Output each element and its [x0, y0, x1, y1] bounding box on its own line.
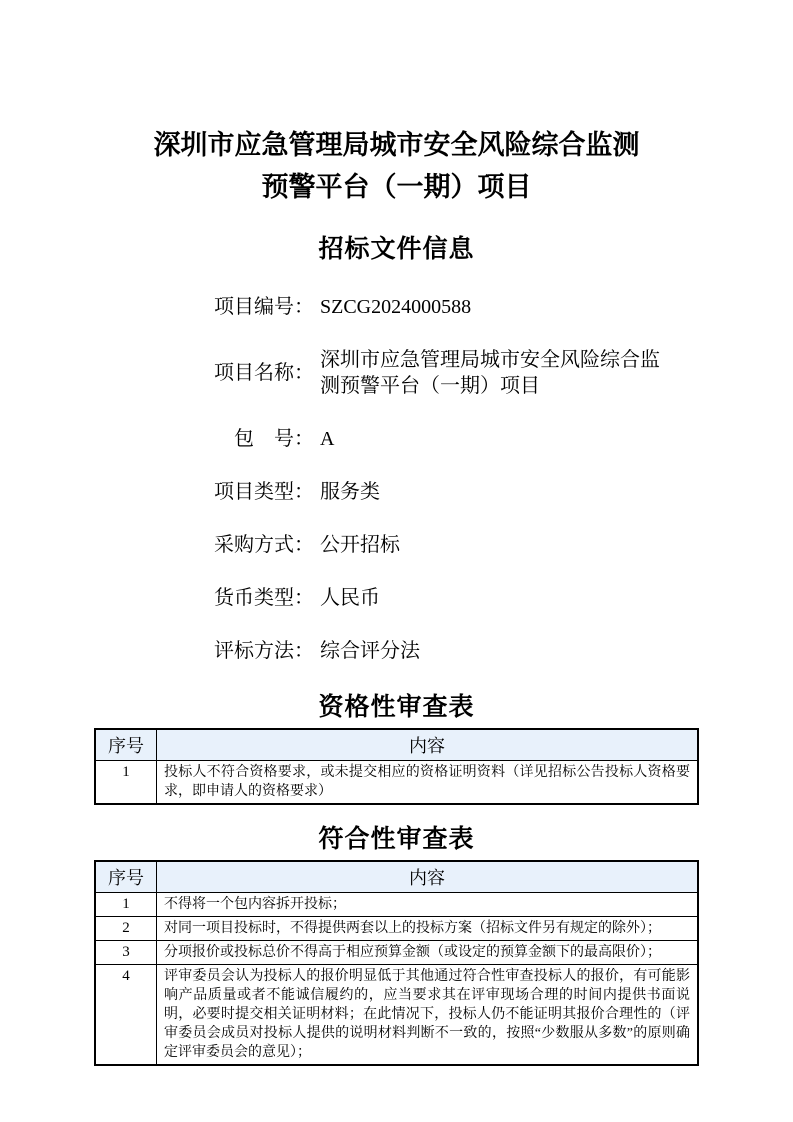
conformance-review-table: 序号 内容 1 不得将一个包内容拆开投标； 2 对同一项目投标时，不得提供两套以… — [94, 860, 699, 1066]
field-value-project-type: 服务类 — [320, 479, 380, 505]
field-row-project-number: 项目编号： SZCG2024000588 — [212, 294, 793, 320]
field-value-evaluation-method: 综合评分法 — [320, 638, 420, 664]
field-row-procurement-method: 采购方式： 公开招标 — [212, 532, 793, 558]
row-number: 1 — [95, 893, 157, 917]
field-row-currency-type: 货币类型： 人民币 — [212, 585, 793, 611]
field-label-package-number: 包 号： — [212, 426, 314, 452]
row-content: 投标人不符合资格要求，或未提交相应的资格证明资料（详见招标公告投标人资格要求，即… — [157, 761, 699, 805]
field-value-procurement-method: 公开招标 — [320, 532, 400, 558]
field-row-project-name: 项目名称： 深圳市应急管理局城市安全风险综合监测预警平台（一期）项目 — [212, 347, 793, 399]
page-title-line2: 预警平台（一期）项目 — [262, 172, 532, 202]
conformance-table-title: 符合性审查表 — [0, 823, 793, 855]
row-content: 评审委员会认为投标人的报价明显低于其他通过符合性审查投标人的报价，有可能影响产品… — [157, 965, 699, 1066]
row-number: 3 — [95, 941, 157, 965]
field-value-currency-type: 人民币 — [320, 585, 380, 611]
row-number: 1 — [95, 761, 157, 805]
field-value-package-number: A — [320, 426, 334, 452]
row-number: 2 — [95, 917, 157, 941]
qualification-review-table: 序号 内容 1 投标人不符合资格要求，或未提交相应的资格证明资料（详见招标公告投… — [94, 728, 699, 805]
document-page: 深圳市应急管理局城市安全风险综合监测预警平台（一期）项目 招标文件信息 项目编号… — [0, 0, 793, 1122]
field-label-project-type: 项目类型： — [212, 479, 314, 505]
row-content: 对同一项目投标时，不得提供两套以上的投标方案（招标文件另有规定的除外）； — [157, 917, 699, 941]
column-header-no: 序号 — [95, 861, 157, 893]
field-value-project-name: 深圳市应急管理局城市安全风险综合监测预警平台（一期）项目 — [320, 347, 668, 399]
page-title: 深圳市应急管理局城市安全风险综合监测预警平台（一期）项目 — [117, 0, 677, 208]
row-content: 不得将一个包内容拆开投标； — [157, 893, 699, 917]
table-row: 1 投标人不符合资格要求，或未提交相应的资格证明资料（详见招标公告投标人资格要求… — [95, 761, 698, 805]
field-row-project-type: 项目类型： 服务类 — [212, 479, 793, 505]
page-title-line1: 深圳市应急管理局城市安全风险综合监测 — [154, 130, 640, 160]
table-row: 1 不得将一个包内容拆开投标； — [95, 893, 698, 917]
table-header-row: 序号 内容 — [95, 861, 698, 893]
column-header-content: 内容 — [157, 729, 699, 761]
table-header-row: 序号 内容 — [95, 729, 698, 761]
table-row: 4 评审委员会认为投标人的报价明显低于其他通过符合性审查投标人的报价，有可能影响… — [95, 965, 698, 1066]
qualification-table-title: 资格性审查表 — [0, 691, 793, 723]
column-header-content: 内容 — [157, 861, 699, 893]
column-header-no: 序号 — [95, 729, 157, 761]
table-row: 2 对同一项目投标时，不得提供两套以上的投标方案（招标文件另有规定的除外）； — [95, 917, 698, 941]
field-label-procurement-method: 采购方式： — [212, 532, 314, 558]
row-number: 4 — [95, 965, 157, 1066]
row-content: 分项报价或投标总价不得高于相应预算金额（或设定的预算金额下的最高限价）； — [157, 941, 699, 965]
field-label-project-name: 项目名称： — [212, 360, 314, 386]
field-row-evaluation-method: 评标方法： 综合评分法 — [212, 638, 793, 664]
table-row: 3 分项报价或投标总价不得高于相应预算金额（或设定的预算金额下的最高限价）； — [95, 941, 698, 965]
field-label-currency-type: 货币类型： — [212, 585, 314, 611]
field-label-evaluation-method: 评标方法： — [212, 638, 314, 664]
field-row-package-number: 包 号： A — [212, 426, 793, 452]
doc-info-fields: 项目编号： SZCG2024000588 项目名称： 深圳市应急管理局城市安全风… — [212, 294, 793, 664]
field-label-project-number: 项目编号： — [212, 294, 314, 320]
doc-info-heading: 招标文件信息 — [0, 232, 793, 266]
field-value-project-number: SZCG2024000588 — [320, 294, 471, 320]
